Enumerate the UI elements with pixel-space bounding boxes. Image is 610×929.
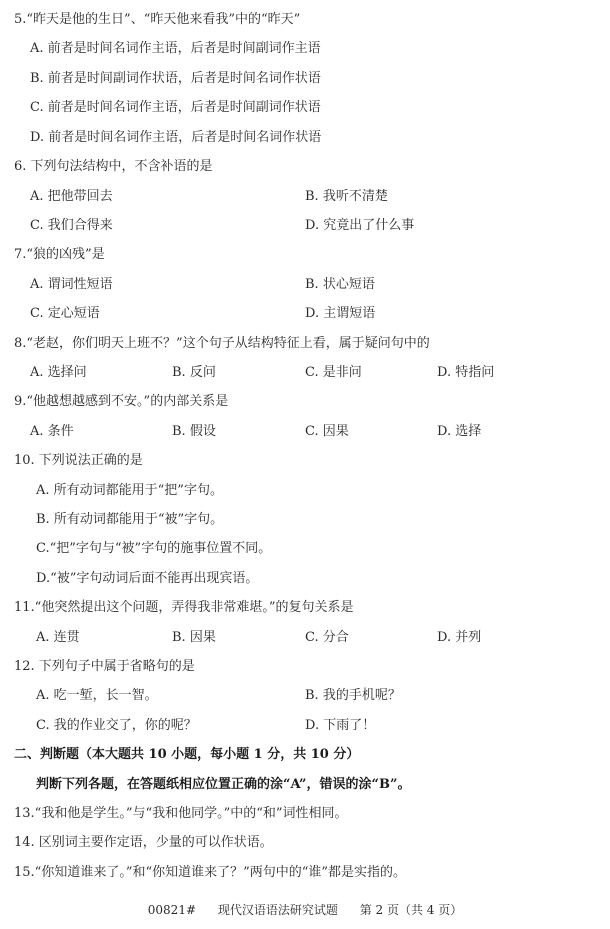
question-9-stem: 9.“他越想越感到不安。”的内部关系是 xyxy=(14,394,228,410)
question-10-option-c: C.“把”字句与“被”字句的施事位置不同。 xyxy=(36,541,271,557)
question-11-option-b: B. 因果 xyxy=(172,630,216,646)
question-5-option-b: B. 前者是时间副词作状语，后者是时间名词作状语 xyxy=(30,71,321,87)
exam-title: 现代汉语语法研究试题 xyxy=(218,903,338,917)
page-number: 第 2 页（共 4 页） xyxy=(360,903,463,917)
question-6-option-d: D. 究竟出了什么事 xyxy=(305,218,414,234)
question-14: 14. 区别词主要作定语，少量的可以作状语。 xyxy=(14,835,273,851)
question-7-stem: 7.“狼的凶残”是 xyxy=(14,247,105,263)
question-7-option-a: A. 谓词性短语 xyxy=(30,277,113,293)
question-12-option-c: C. 我的作业交了，你的呢？ xyxy=(36,718,197,734)
question-8-stem: 8.“老赵，你们明天上班不？”这个句子从结构特征上看，属于疑问句中的 xyxy=(14,336,430,352)
question-8-option-c: C. 是非问 xyxy=(305,365,362,381)
question-7-option-b: B. 状心短语 xyxy=(305,277,375,293)
question-11-option-a: A. 连贯 xyxy=(36,630,80,646)
question-11-option-c: C. 分合 xyxy=(305,630,349,646)
question-10-stem: 10. 下列说法正确的是 xyxy=(14,453,143,469)
question-11-option-d: D. 并列 xyxy=(437,630,481,646)
page-footer: 00821# 现代汉语语法研究试题 第 2 页（共 4 页） xyxy=(0,902,610,918)
question-12-stem: 12. 下列句子中属于省略句的是 xyxy=(14,659,195,675)
section-2-instruction: 判断下列各题，在答题纸相应位置正确的涂“A”，错误的涂“B”。 xyxy=(36,777,410,793)
question-6-stem: 6. 下列句法结构中，不含补语的是 xyxy=(14,159,213,175)
question-12-option-a: A. 吃一堑，长一智。 xyxy=(36,688,158,704)
question-7-option-c: C. 定心短语 xyxy=(30,306,100,322)
question-5-option-d: D. 前者是时间名词作主语，后者是时间名词作状语 xyxy=(30,130,321,146)
section-2-heading: 二、判断题（本大题共 10 小题，每小题 1 分，共 10 分） xyxy=(14,747,359,763)
question-9-option-a: A. 条件 xyxy=(30,424,74,440)
question-6-option-b: B. 我听不清楚 xyxy=(305,189,388,205)
question-12-option-d: D. 下雨了！ xyxy=(305,718,375,734)
question-8-option-d: D. 特指问 xyxy=(437,365,494,381)
question-7-option-d: D. 主谓短语 xyxy=(305,306,375,322)
question-6-option-a: A. 把他带回去 xyxy=(30,189,113,205)
exam-code: 00821# xyxy=(148,903,196,917)
question-8-option-b: B. 反问 xyxy=(172,365,216,381)
question-5-option-a: A. 前者是时间名词作主语，后者是时间副词作主语 xyxy=(30,41,321,57)
question-5-option-c: C. 前者是时间名词作主语，后者是时间副词作状语 xyxy=(30,100,321,116)
question-8-option-a: A. 选择问 xyxy=(30,365,87,381)
question-9-option-d: D. 选择 xyxy=(437,424,481,440)
question-6-option-c: C. 我们合得来 xyxy=(30,218,113,234)
question-12-option-b: B. 我的手机呢？ xyxy=(305,688,401,704)
question-10-option-a: A. 所有动词都能用于“把”字句。 xyxy=(36,483,223,499)
question-9-option-c: C. 因果 xyxy=(305,424,349,440)
question-15: 15.“你知道谁来了。”和“你知道谁来了？”两句中的“谁”都是实指的。 xyxy=(14,865,406,881)
question-5-stem: 5.“昨天是他的生日”、“昨天他来看我”中的“昨天” xyxy=(14,12,300,28)
question-10-option-b: B. 所有动词都能用于“被”字句。 xyxy=(36,512,223,528)
question-10-option-d: D.“被”字句动词后面不能再出现宾语。 xyxy=(36,571,258,587)
question-11-stem: 11.“他突然提出这个问题，弄得我非常难堪。”的复句关系是 xyxy=(14,600,353,616)
question-9-option-b: B. 假设 xyxy=(172,424,216,440)
question-13: 13.“我和他是学生。”与“我和他同学。”中的“和”词性相同。 xyxy=(14,806,348,822)
